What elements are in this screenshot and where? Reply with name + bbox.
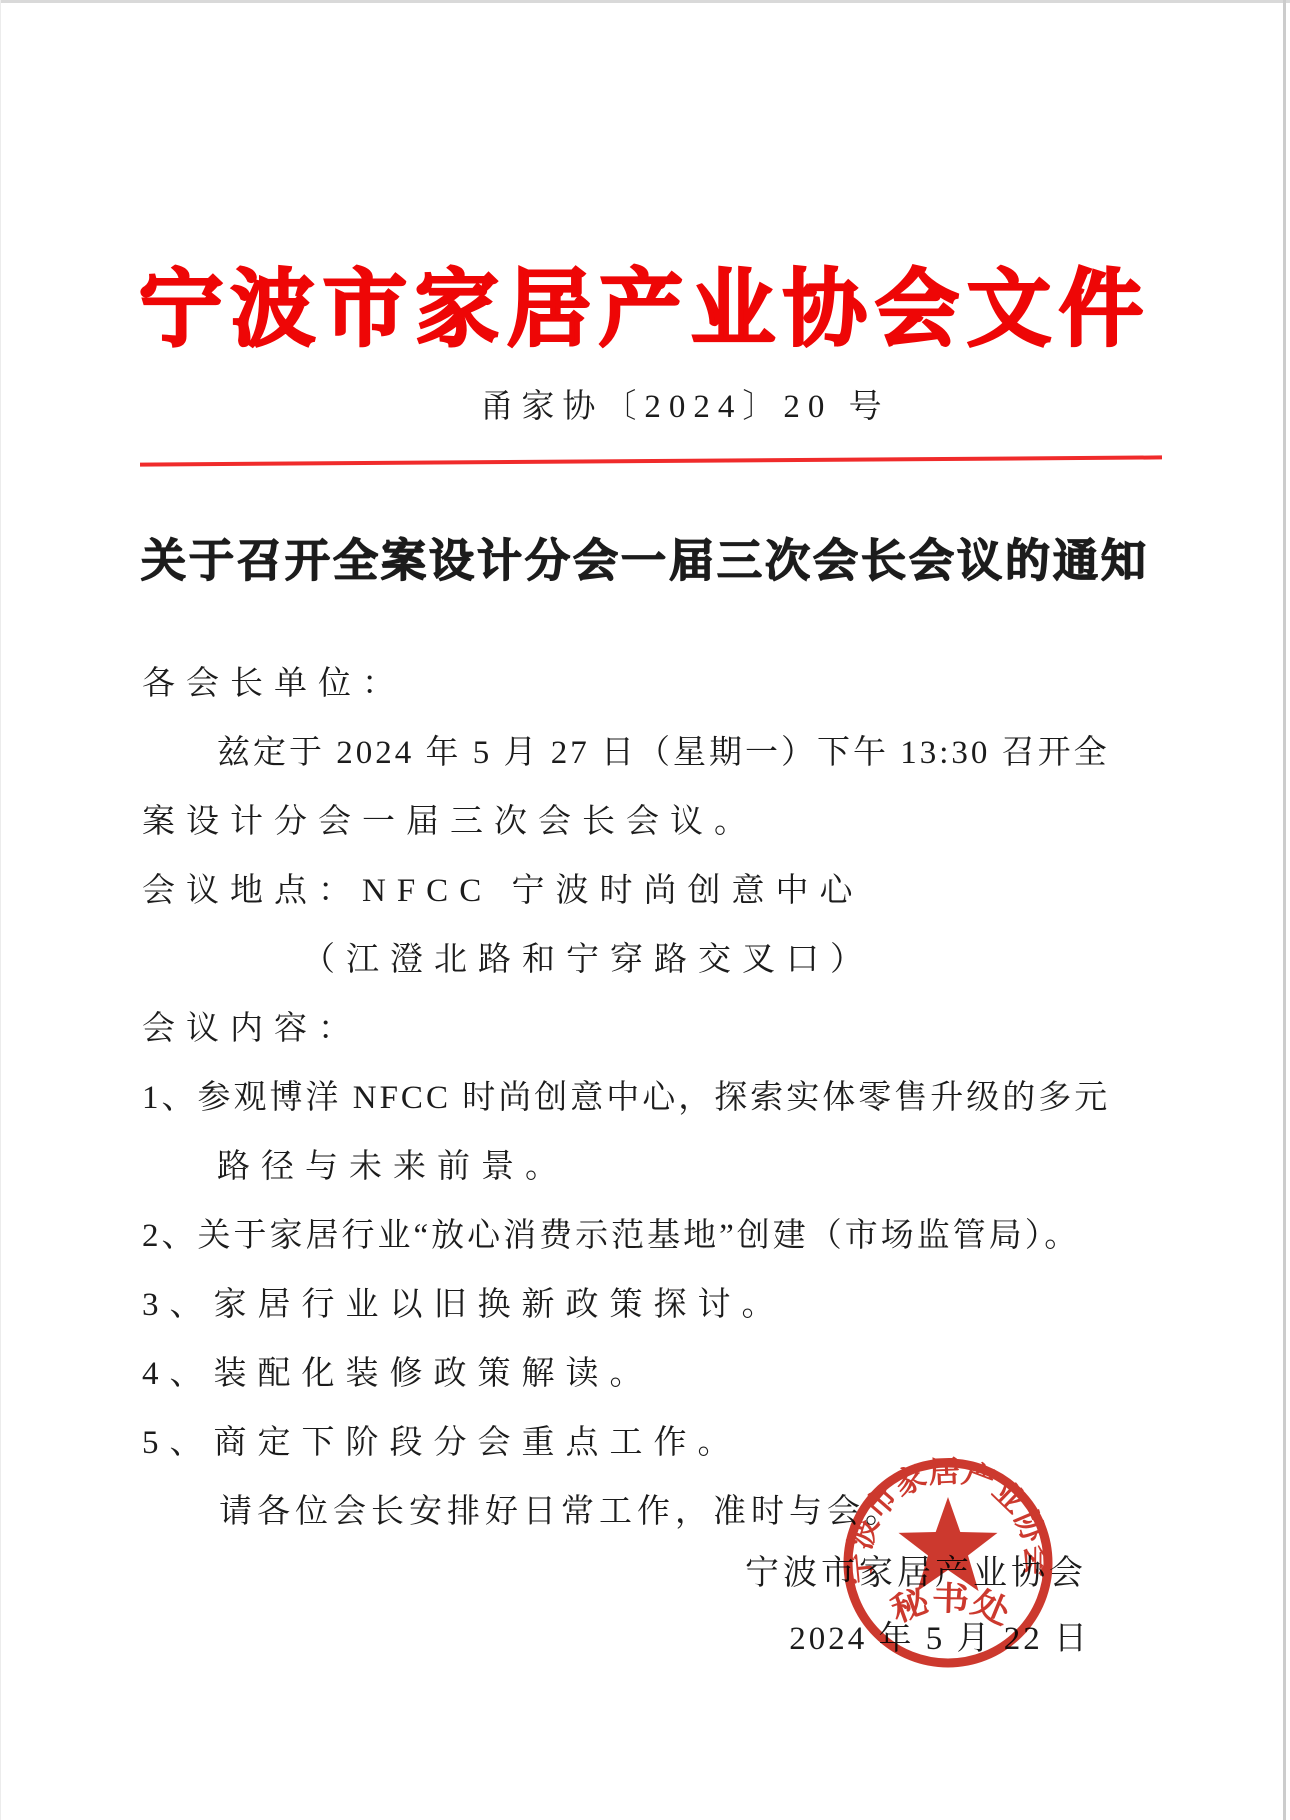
- body-line-salutation: 各会长单位：: [142, 650, 1202, 719]
- body-line-agenda-2: 2、关于家居行业“放心消费示范基地”创建（市场监管局）。: [142, 1202, 1202, 1271]
- scan-border-top: [0, 0, 1290, 3]
- seal-stamp-icon: 宁波市家居产业协会 秘书处: [838, 1453, 1058, 1673]
- body-line-meeting-time: 兹定于 2024 年 5 月 27 日（星期一）下午 13:30 召开全: [142, 719, 1202, 788]
- body-line-agenda-1: 1、参观博洋 NFCC 时尚创意中心，探索实体零售升级的多元: [142, 1064, 1202, 1133]
- seal-inner-text: 秘书处: [886, 1580, 1015, 1632]
- document-number: 甬家协〔2024〕20 号: [40, 380, 1290, 427]
- official-document-page: 宁波市家居产业协会文件 甬家协〔2024〕20 号 关于召开全案设计分会一届三次…: [0, 0, 1290, 1820]
- notice-title: 关于召开全案设计分会一届三次会长会议的通知: [0, 524, 1290, 589]
- body-line-agenda-header: 会议内容：: [142, 995, 1202, 1064]
- body-line-meeting-time-cont: 案设计分会一届三次会长会议。: [142, 788, 1202, 857]
- red-divider-rule: [140, 455, 1162, 466]
- body-line-venue-address: （江澄北路和宁穿路交叉口）: [142, 926, 1202, 995]
- seal-star-icon: [899, 1497, 998, 1591]
- body-line-agenda-1-cont: 路径与未来前景。: [142, 1133, 1202, 1202]
- body-line-venue: 会议地点：NFCC 宁波时尚创意中心: [142, 857, 1202, 926]
- body-line-agenda-4: 4、装配化装修政策解读。: [142, 1340, 1202, 1409]
- notice-body: 各会长单位： 兹定于 2024 年 5 月 27 日（星期一）下午 13:30 …: [142, 650, 1202, 1547]
- body-line-agenda-3: 3、家居行业以旧换新政策探讨。: [142, 1271, 1202, 1340]
- official-seal: 宁波市家居产业协会 秘书处: [838, 1453, 1058, 1673]
- letterhead-title: 宁波市家居产业协会文件: [0, 242, 1290, 363]
